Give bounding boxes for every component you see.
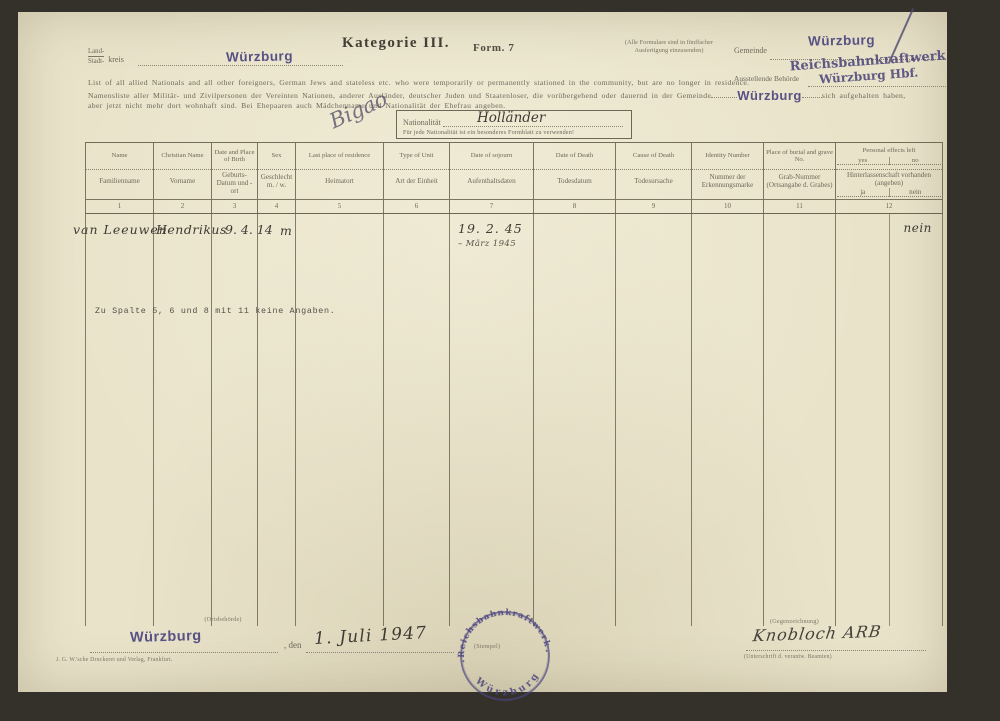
col-num: 11 (764, 200, 836, 213)
main-table: NameFamilienname Christian NameVorname D… (85, 142, 943, 626)
kreis-label-land: Land- (88, 48, 104, 57)
column-header: Place of burial and grave No.Grab-Nummer… (764, 143, 836, 199)
col-de: Nummer der Erkennungsmarke (692, 170, 763, 193)
row-effects-no-handwritten: nein (904, 221, 932, 235)
effects-yes-no-split: nein (836, 214, 942, 626)
svg-text:Reichsbahnkraftwerk: Reichsbahnkraftwerk (452, 602, 553, 659)
col-num: 7 (450, 200, 534, 213)
intro-english-line: List of all allied Nationals and all oth… (88, 78, 964, 89)
column-header-effects: Personal effects left yes no Hinterlasse… (836, 143, 943, 199)
col-en: Place of burial and grave No. (764, 143, 835, 170)
nationality-value-handwritten: Holländer (477, 110, 545, 126)
col-num: 1 (86, 200, 154, 213)
col-en: Identity Number (692, 143, 763, 170)
nationality-label: Nationalität (403, 118, 441, 127)
kreis-wuerzburg-stamp: Würzburg (226, 48, 293, 64)
copies-note: (Alle Formulare sind in fünffacher Ausfe… (578, 39, 760, 55)
stamp-left-dot (462, 660, 464, 662)
stamp-bottom-text: Würzburg (472, 667, 545, 702)
col-en: Date of Death (534, 143, 615, 170)
column-header: Last place of residenceHeimatort (296, 143, 384, 199)
page-title: Kategorie III. (301, 35, 491, 52)
col-en: Date of sojourn (450, 143, 533, 170)
col-num: 6 (384, 200, 450, 213)
col-num: 2 (154, 200, 212, 213)
cell-sojourn: 19. 2. 45 – März 1945 (450, 214, 534, 626)
gemeinde-wuerzburg-stamp: Würzburg (808, 32, 875, 48)
col-de: Geschlecht m. / w. (258, 170, 295, 193)
col-de: Todesursache (616, 170, 691, 193)
table-column-numbers: 1 2 3 4 5 6 7 8 9 10 11 12 (85, 199, 943, 214)
effects-no-half: nein (889, 214, 943, 626)
scanned-document-page: { "header": { "category_title": "Kategor… (0, 0, 1000, 721)
document-paper: Land- Stadt- kreis Würzburg Kategorie II… (18, 12, 947, 692)
column-header: Type of UnitArt der Einheit (384, 143, 450, 199)
pen-dot-mark (911, 58, 914, 61)
cell-christian-name: Hendrikus (154, 214, 212, 626)
row-sojourn-line1-handwritten: 19. 2. 45 (458, 221, 533, 236)
column-header: NameFamilienname (86, 143, 154, 199)
col-de: Geburts-Datum und -ort (212, 170, 257, 197)
intro-german-text: Namensliste aller Militär- und Zivilpers… (88, 91, 711, 102)
cell-sex: m (258, 214, 296, 626)
intro-dotted-gap2 (802, 89, 822, 98)
kreis-label-stadt: Stadt- (88, 57, 104, 65)
cell-effects: nein (836, 214, 943, 626)
col-en: Personal effects left yes no (836, 143, 942, 170)
effects-en-label: Personal effects left (837, 147, 941, 154)
cell-death-cause (616, 214, 692, 626)
form-number-label: Form. 7 (473, 42, 514, 54)
nationality-note: Für jede Nationalität ist ein besonderes… (403, 130, 625, 136)
place-wuerzburg-stamp: Würzburg (130, 628, 202, 646)
col-de: Aufenthaltsdaten (450, 170, 533, 193)
col-de: Art der Einheit (384, 170, 449, 193)
effects-en-yes-no: yes no (837, 157, 941, 165)
col-en: Cause of Death (616, 143, 691, 170)
col-de: Vorname (154, 170, 211, 193)
kreis-label-suffix: kreis (108, 55, 124, 65)
place-line-label: (Ortsbehörde) (168, 616, 278, 623)
stamp-top-text: Reichsbahnkraftwerk (452, 602, 553, 659)
cell-name: van Leeuwen (86, 214, 154, 626)
col-de: Heimatort (296, 170, 383, 193)
cell-unit (384, 214, 450, 626)
table-header: NameFamilienname Christian NameVorname D… (85, 142, 943, 199)
column-header: Christian NameVorname (154, 143, 212, 199)
intro-paragraph: List of all allied Nationals and all oth… (88, 78, 964, 112)
typed-remark: Zu Spalte 5, 6 und 8 mit 11 keine Angabe… (95, 306, 335, 316)
col-en: Last place of residence (296, 143, 383, 170)
row-sojourn-line2-handwritten: – März 1945 (458, 239, 533, 249)
col-num: 4 (258, 200, 296, 213)
col-num: 3 (212, 200, 258, 213)
gemeinde-label: Gemeinde (734, 46, 767, 55)
col-de: Hinterlassenschaft vorhanden (angeben) j… (836, 170, 942, 199)
effects-de-yes-no: ja nein (837, 188, 941, 197)
intro-german-tail: sich aufgehalten haben, (822, 91, 906, 102)
kreis-field: Land- Stadt- kreis (88, 48, 124, 65)
copies-note-line1: (Alle Formulare sind in fünffacher (578, 39, 760, 47)
cell-death-date (534, 214, 616, 626)
cell-burial (764, 214, 836, 626)
effects-de-no: nein (889, 188, 942, 197)
copies-note-line2: Ausfertigung einzusenden) (578, 47, 760, 55)
table-body: van Leeuwen Hendrikus 9. 4. 14 m 19. 2. … (85, 214, 943, 626)
intro-german-line: Namensliste aller Militär- und Zivilpers… (88, 89, 964, 102)
column-header: SexGeschlecht m. / w. (258, 143, 296, 199)
nationality-box: Nationalität Holländer Für jede National… (396, 110, 632, 139)
effects-en-no: no (889, 157, 942, 165)
effects-de-label: Hinterlassenschaft vorhanden (angeben) (837, 171, 941, 187)
signature-bottom-label: (Unterschrift d. verantw. Beamten) (744, 654, 832, 660)
col-en: Christian Name (154, 143, 211, 170)
col-de: Grab-Nummer (Ortsangabe d. Grabes) (764, 170, 835, 193)
column-header: Cause of DeathTodesursache (616, 143, 692, 199)
column-header: Date of DeathTodesdatum (534, 143, 616, 199)
col-num: 9 (616, 200, 692, 213)
intro-dotted-gap1 (711, 89, 737, 98)
column-header: Identity NumberNummer der Erkennungsmark… (692, 143, 764, 199)
col-num: 8 (534, 200, 616, 213)
col-en: Date and Place of Birth (212, 143, 257, 170)
col-en: Name (86, 143, 153, 170)
col-en: Sex (258, 143, 295, 170)
svg-text:Würzburg: Würzburg (472, 667, 545, 702)
effects-yes-half (836, 214, 889, 626)
round-authority-stamp: Reichsbahnkraftwerk Würzburg (449, 598, 561, 713)
column-header: Date and Place of BirthGeburts-Datum und… (212, 143, 258, 199)
column-header: Date of sojournAufenthaltsdaten (450, 143, 534, 199)
col-num: 5 (296, 200, 384, 213)
cell-identity-number (692, 214, 764, 626)
col-en: Type of Unit (384, 143, 449, 170)
col-num: 10 (692, 200, 764, 213)
col-de: Familienname (86, 170, 153, 193)
col-num: 12 (836, 200, 943, 213)
den-label: , den (284, 640, 302, 650)
stamp-right-dot (545, 650, 547, 652)
col-de: Todesdatum (534, 170, 615, 193)
cell-residence (296, 214, 384, 626)
printer-imprint: J. G. W.'sche Druckerei und Verlag, Fran… (56, 657, 173, 663)
effects-de-yes: ja (837, 188, 889, 197)
effects-en-yes: yes (837, 157, 889, 165)
intro-wuerzburg-stamp: Würzburg (737, 91, 802, 102)
cell-birth: 9. 4. 14 (212, 214, 258, 626)
row-sex-handwritten: m (280, 223, 292, 238)
